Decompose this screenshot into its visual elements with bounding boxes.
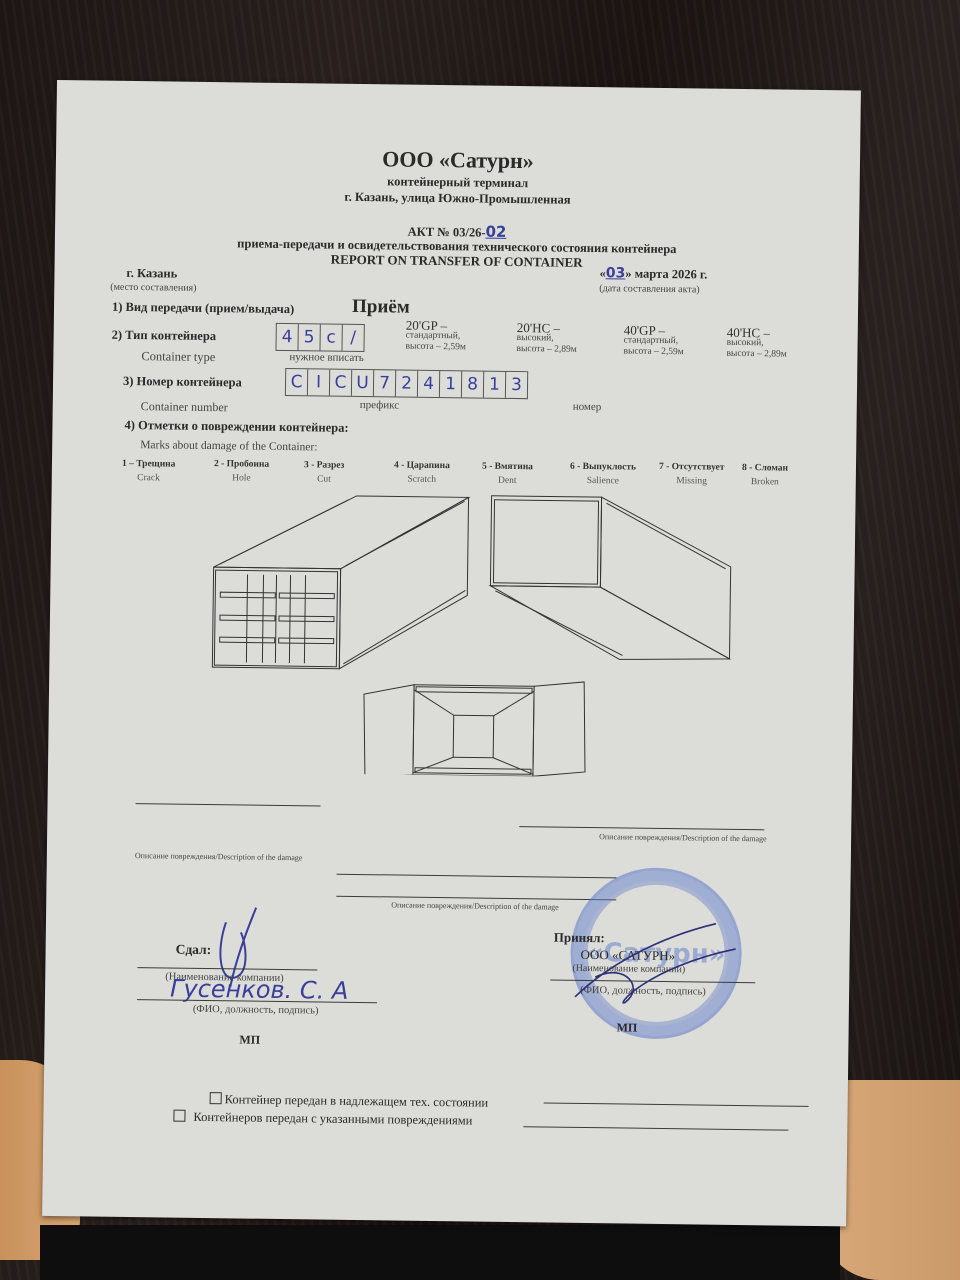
place-value: г. Казань xyxy=(126,266,177,282)
damage-legend-item: 3 - РазрезCut xyxy=(304,460,345,485)
container-number-box[interactable]: 2 xyxy=(396,370,418,396)
document-page: ООО «Сатурн» контейнерный терминал г. Ка… xyxy=(42,80,861,1226)
transfer-type-label: 1) Вид передачи (прием/выдача) xyxy=(112,300,294,317)
prefix-caption: префикс xyxy=(360,399,400,412)
damage-marks-label: 4) Отметки о повреждении контейнера: xyxy=(124,418,348,436)
container-type-box[interactable]: c xyxy=(320,324,342,350)
checkbox-good-condition[interactable]: Контейнер передан в надлежащем тех. сост… xyxy=(210,1092,489,1111)
container-number-box[interactable]: 7 xyxy=(374,370,396,396)
act-number-handwritten: 02 xyxy=(485,223,506,241)
container-type-label: 2) Тип контейнера xyxy=(112,328,217,344)
damage-caption-3: Описание повреждения/Description of the … xyxy=(391,900,559,911)
container-number-box[interactable]: C xyxy=(330,370,352,396)
container-number-box[interactable]: 1 xyxy=(484,372,506,398)
damage-legend-item: 6 - ВыпуклостьSalience xyxy=(570,462,636,487)
damage-line-1[interactable] xyxy=(136,803,321,806)
checkbox-icon[interactable] xyxy=(173,1110,185,1122)
container-type-box[interactable]: / xyxy=(342,325,363,351)
date-rest: марта 2026 г. xyxy=(635,267,708,282)
container-number-box[interactable]: 1 xyxy=(440,371,462,397)
container-front-view xyxy=(212,494,468,670)
sleeve xyxy=(40,1225,840,1280)
container-diagram xyxy=(203,482,747,779)
date-caption: (дата составления акта) xyxy=(599,283,699,295)
container-type-label-en: Container type xyxy=(141,349,215,365)
container-number-label: 3) Номер контейнера xyxy=(123,374,242,391)
good-condition-line[interactable] xyxy=(544,1102,809,1106)
container-type-box[interactable]: 4 xyxy=(276,324,298,350)
container-number-label-en: Container number xyxy=(141,399,228,415)
container-number-boxes[interactable]: CICU7241813 xyxy=(285,368,528,399)
checkbox-with-damage-label: Контейнеров передан с указанными поврежд… xyxy=(193,1110,472,1128)
checkbox-icon[interactable] xyxy=(210,1092,222,1104)
handed-over-person-caption: (ФИО, должность, подпись) xyxy=(193,1004,319,1017)
checkbox-with-damage[interactable]: Контейнеров передан с указанными поврежд… xyxy=(173,1110,472,1129)
checkbox-good-condition-label: Контейнер передан в надлежащем тех. сост… xyxy=(225,1092,489,1109)
container-type-option: 40'GP –стандартный,высота – 2,59м xyxy=(623,324,684,358)
damage-legend-item: 5 - ВмятинаDent xyxy=(482,461,533,486)
received-signature xyxy=(565,907,747,1029)
date-quote-close: » xyxy=(625,266,631,280)
handed-over-seal: МП xyxy=(239,1032,260,1047)
transfer-type-value: Приём xyxy=(352,296,410,319)
container-number-box[interactable]: C xyxy=(286,369,308,395)
with-damage-line[interactable] xyxy=(523,1126,788,1130)
container-number-box[interactable]: 4 xyxy=(418,371,440,397)
container-type-option: 20'HC –высокий,высота – 2,89м xyxy=(516,322,577,356)
damage-line-3[interactable] xyxy=(337,874,617,879)
container-number-box[interactable]: I xyxy=(308,369,330,395)
damage-legend-item: 4 - ЦарапинаScratch xyxy=(394,461,450,486)
damage-legend-item: 2 - ПробоинаHole xyxy=(214,459,269,484)
container-rear-view xyxy=(489,496,731,661)
damage-legend-item: 1 – ТрещинаCrack xyxy=(122,459,176,484)
container-type-option: 40'HC –высокий,высота – 2,89м xyxy=(726,327,787,361)
damage-marks-label-en: Marks about damage of the Container: xyxy=(140,439,317,453)
received-seal: МП xyxy=(617,1020,638,1035)
container-number-box[interactable]: 8 xyxy=(462,371,484,397)
damage-line-4[interactable] xyxy=(336,896,616,901)
number-caption: номер xyxy=(573,401,602,413)
place-caption: (место составления) xyxy=(110,282,196,294)
damage-legend-item: 8 - СломанBroken xyxy=(742,463,788,488)
container-type-option: 20'GP –стандартный,высота – 2,59м xyxy=(405,320,466,354)
container-top-view xyxy=(363,679,586,779)
container-type-hint: нужное вписать xyxy=(289,351,364,364)
damage-legend-item: 7 - ОтсутствуетMissing xyxy=(659,462,725,487)
container-type-box[interactable]: 5 xyxy=(298,324,320,350)
damage-caption-2: Описание повреждения/Description of the … xyxy=(599,832,767,843)
container-type-boxes[interactable]: 45c/ xyxy=(275,323,364,352)
damage-caption-1: Описание повреждения/Description of the … xyxy=(135,851,303,862)
container-number-box[interactable]: U xyxy=(352,370,374,396)
date-day-handwritten: 03 xyxy=(606,265,626,281)
date-field: «03» марта 2026 г. xyxy=(599,265,707,282)
damage-line-2[interactable] xyxy=(519,826,764,830)
container-number-box[interactable]: 3 xyxy=(506,372,527,398)
act-number-prefix: АКТ № 03/26- xyxy=(408,225,486,240)
